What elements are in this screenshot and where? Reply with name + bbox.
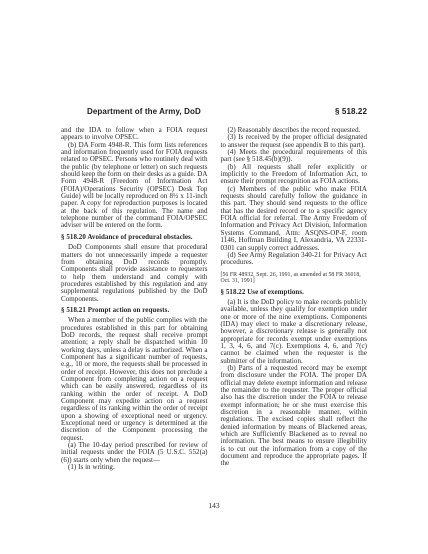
page-number: 143 (0, 501, 428, 510)
para-4-meets-requirements: (4) Meets the procedural requirements of… (221, 149, 368, 164)
heading-518-20: § 518.20 Avoidance of procedural obstacl… (61, 234, 208, 241)
federal-register-citation: [56 FR 48932, Sept. 26, 1991, as amended… (221, 272, 368, 285)
heading-518-22: § 518.22 Use of exemptions. (221, 289, 368, 296)
left-column: and the IDA to follow when a FOIA reques… (61, 127, 208, 471)
para-518-20-body: DoD Components shall ensure that procedu… (61, 244, 208, 303)
para-a-dod-policy: (a) It is the DoD policy to make records… (221, 299, 368, 365)
para-1-is-in-writing: (1) Is in writing. (61, 464, 208, 471)
right-column: (2) Reasonably describes the record requ… (221, 127, 368, 471)
para-b-da-form: (b) DA Form 4948-R. This form lists refe… (61, 142, 208, 230)
para-a-ten-day-period: (a) The 10-day period prescribed for rev… (61, 442, 208, 464)
para-c-members-public: (c) Members of the public who make FOIA … (221, 186, 368, 252)
running-header-title: Department of the Army, DoD (87, 107, 201, 116)
para-3-received-by-official: (3) Is received by the proper official d… (221, 134, 368, 149)
document-page: Department of the Army, DoD § 518.22 and… (0, 0, 428, 554)
para-continuation-opsec: and the IDA to follow when a FOIA reques… (61, 127, 208, 142)
para-d-army-regulation: (d) See Army Regulation 340-21 for Priva… (221, 252, 368, 267)
running-header: Department of the Army, DoD § 518.22 (61, 107, 367, 116)
running-header-section: § 518.22 (335, 107, 367, 116)
para-b-parts-exempt: (b) Parts of a requested record may be e… (221, 365, 368, 468)
two-column-body: and the IDA to follow when a FOIA reques… (61, 127, 367, 471)
heading-518-21: § 518.21 Prompt action on requests. (61, 307, 208, 314)
page-content: Department of the Army, DoD § 518.22 and… (61, 107, 367, 471)
para-518-21-body: When a member of the public complies wit… (61, 317, 208, 442)
para-b-all-requests: (b) All requests shall refer explicitly … (221, 164, 368, 186)
